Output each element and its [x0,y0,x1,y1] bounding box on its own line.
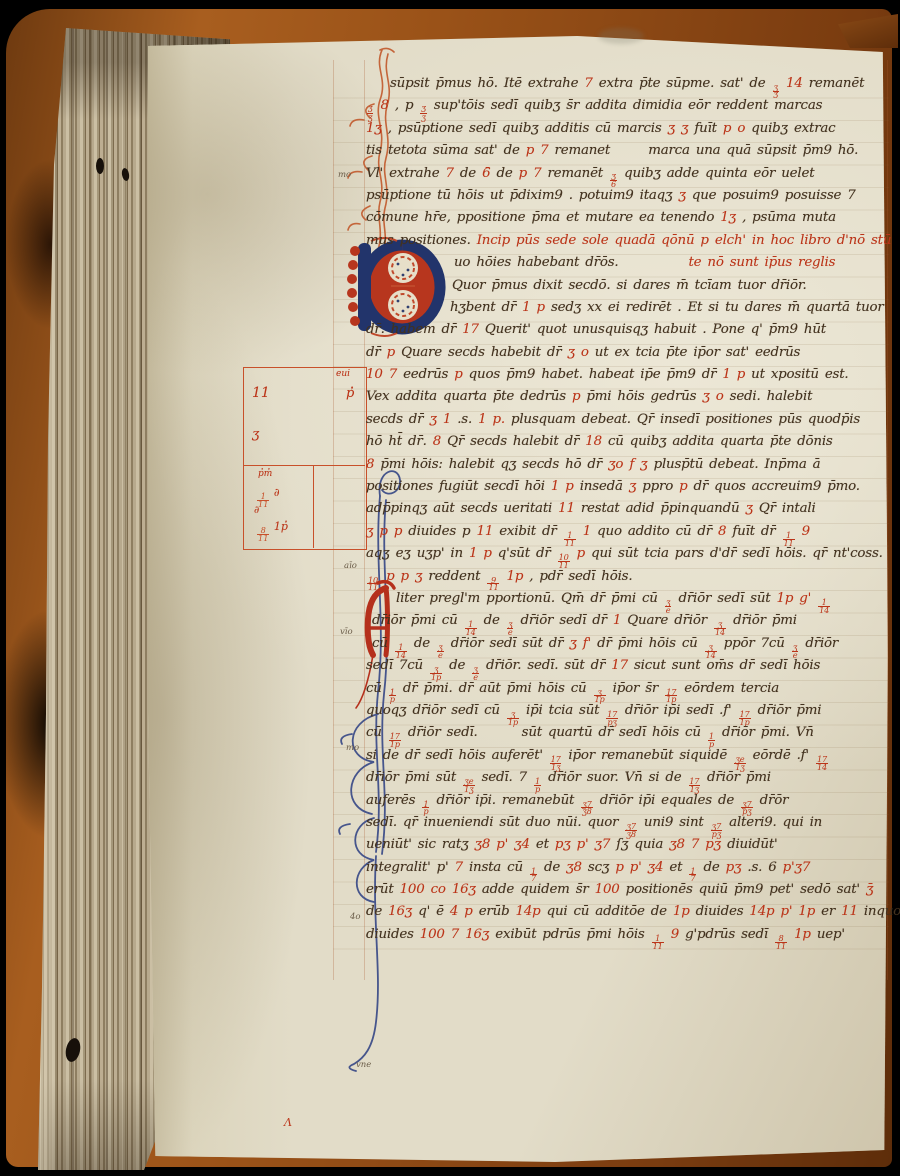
ms-text-segment: 1 p [469,546,492,561]
ms-text-segment: p 7 [526,143,549,158]
ms-text-segment: 111 [564,532,576,547]
ms-text-segment: liter pregl'm pportionū. Qm̄ dr̄ p̄mi cū [396,591,664,606]
ms-text-segment: 100 7 16ʒ [420,927,489,942]
ms-text-segment: ut ex tcia p̄te ip̄or sat' eedrūs [589,345,800,360]
ms-text-segment: de [454,166,482,181]
ms-text-segment: ʒ p p [366,524,402,539]
ms-text-line: Vl' extrahe 7 de 6̄ de p 7 remanēt Ʒ6 qu… [366,166,888,188]
ms-text-segment: p 7 [519,166,542,181]
ms-text-segment: Quare dr̄iōr [621,613,713,628]
ms-text-segment: Quare secds habebit dr̄ [395,345,567,360]
ms-text-segment: ʒe [507,621,514,636]
ms-text-segment: quos p̄m9 habet. habeat ip̄e p̄m9 dr̄ [463,367,723,382]
ms-text-segment: de [697,860,725,875]
margin-mark: 4o [350,912,361,922]
diagram-label: ∂ [254,505,259,516]
ms-text-line: liter pregl'm pportionū. Qm̄ dr̄ p̄mi cū… [366,591,888,613]
margin-mark: mo [338,170,351,180]
ms-text-segment: 1p [422,801,429,816]
ms-text-line: secds dr̄ ʒ 1 .s. 1 p. plusquam debeat. … [366,412,888,434]
ms-text-segment: dr̄ [366,345,387,360]
ms-text-segment: Ʒʒ [420,106,426,121]
ms-text-segment: tis tetota sūma sat' de [366,143,526,158]
ms-text-segment: aqʒ eʒ uʒp' in [366,546,469,561]
ms-text-segment: auferēs [366,793,421,808]
ms-text-segment: ʒ [678,188,685,203]
ms-text-segment: cū [366,725,388,740]
text-block: sūpsit p̄mus hō. Itē extrahe 7 extra p̄t… [366,76,888,949]
ms-text-segment: 1 p [551,479,574,494]
ms-text-line: positiones fugiūt secdī hōi 1 p insedā ʒ… [366,479,888,501]
ms-text-segment: remanēt [541,166,609,181]
diagram-label: p̓ [346,386,354,401]
ms-text-segment: p̓ [346,386,354,401]
ms-text-segment: ʒ o [567,345,588,360]
ms-text-line: dr̄iōr p̄mi cū 114 de ʒe dr̄iōr sedī dr̄… [366,613,888,635]
ms-text-segment: 1p [534,778,541,793]
ms-text-segment: 8 [374,98,388,113]
ms-text-segment: positionēs quiū p̄m9 pet' sedō sat' [620,882,866,897]
ms-text-segment: Vl' extrahe [366,166,446,181]
ms-text-segment: ʒ8 p' ʒ4 [475,837,530,852]
ms-text-segment: 114 [395,644,407,659]
ms-text-segment: ʒ7ʒ8 [625,823,636,838]
ms-text-segment: fuīt dr̄ [726,524,781,539]
ms-text-segment: 11 [477,524,494,539]
ms-text-segment: 114 [465,621,477,636]
ms-text-segment: dr̄iōr sedī dr̄ [514,613,612,628]
ms-text-segment: de [443,658,471,673]
ms-text-segment: psūptione tū hōis ut p̄dixim9 . potuim9 … [366,188,678,203]
margin-mark: vne [356,1060,371,1070]
ms-text-segment: 17pʒ [606,711,617,726]
ms-text-segment: dr̄iōr p̄mi. Vn̄ [716,725,814,740]
ms-text-segment: Incip pūs sede sole quadā qōnū p elch' i… [477,233,892,248]
ms-text-segment: de [490,166,518,181]
ms-text-segment: ʒo f ʒ [608,457,647,472]
ms-text-segment: scʒ [582,860,615,875]
ms-text-segment: de [478,613,506,628]
ms-text-segment: 114 [818,599,830,614]
ms-text-segment: 171p [665,689,677,704]
ms-text-segment: ʒ f' [569,636,591,651]
margin-mark: Λ [284,1116,292,1129]
ms-text-segment: ʒ ʒ [668,121,689,136]
ms-text-segment: 111 [652,935,664,950]
ms-text-segment: eōrdē .f' [747,748,815,763]
ms-text-line: mus positiones. Incip pūs sede sole quad… [366,233,888,255]
ms-text-segment: sedī. qr̄ inueniendi sūt duo nūi. quor [366,815,624,830]
ms-text-segment: plusquam debeat. Qr̄ insedī positiones p… [505,412,860,427]
ms-text-line: sedī. qr̄ inueniendi sūt duo nūi. quor ʒ… [366,815,888,837]
ms-text-segment: 1p [673,904,690,919]
ms-text-segment: , psūptione sedī quibʒ additis cū marcis [382,121,668,136]
ms-text-segment: pʒ [726,860,742,875]
ms-text-segment: sūt quartū dr̄ sedī hōis cū [516,725,707,740]
ms-text-segment: uep' [811,927,845,942]
ms-text-segment: sedi. halebit [724,389,813,404]
diagram-label: p̓m̓ [258,469,272,479]
ms-text-segment: te nō sunt ip̄us reglis [688,255,835,270]
ms-text-segment: 1p [788,927,811,942]
ms-text-segment: dr̄ p̄mi. dr̄ aūt p̄mi hōis cū [397,681,593,696]
ms-text-segment: fuīt [688,121,723,136]
ms-text-segment: adde quidem s̄r [476,882,595,897]
ms-text-line: 8 p̄mi hōis: halebit qʒ secds hō dr̄ ʒo … [366,457,888,479]
ms-text-segment: p p' ʒ4 [615,860,663,875]
ms-text-segment: dr̄iōr [799,636,838,651]
margin-mark: aīo [344,561,357,571]
ms-text-segment: 1p [500,569,523,584]
ms-text-segment: 16ʒ [388,904,412,919]
ms-text-line: 1ʒ , psūptione sedī quibʒ additis cū mar… [366,121,888,143]
ms-text-segment: Ʒ6 [610,174,617,189]
ms-text-segment: ʒ14 [714,621,726,636]
ms-text-segment: q' ē [412,904,450,919]
ms-text-segment: que posuim9 posuisse 7 [686,188,856,203]
ms-text-segment: ʒ7pʒ [711,823,722,838]
ms-text-segment: remanet [548,143,616,158]
ms-text-segment: ʒ1p [430,666,442,681]
ms-text-line: 1011 p p ʒ reddent 911 1p , pdr̄ sedī hō… [366,569,888,591]
ms-text-line: cū 1p dr̄ p̄mi. dr̄ aūt p̄mi hōis cū ʒ1p… [366,681,888,703]
ms-text-segment: 1 p [722,367,745,382]
ms-text-segment: 1 p. [478,412,505,427]
ms-text-segment: cū quibʒ addita quarta p̄te dōnis [602,434,833,449]
ms-text-line: Ʒʒ 8 , p Ʒʒ sup'tōis sedī quibʒ s̄r addi… [366,98,888,120]
ms-text-segment: 1p̓ [270,520,288,533]
ms-text-segment: q'sūt dr̄ [492,546,557,561]
ms-text-segment: 17 [689,868,696,883]
ms-text-segment: dr̄iōr ip̄i sedī .f' [619,703,738,718]
ms-text-segment: pʒ p' ʒ7 [555,837,610,852]
ms-text-segment: 171ʒ [689,778,700,793]
ms-text-segment: Querit' quot unusquisqʒ habuit . Pone q'… [479,322,826,337]
ms-text-segment: 9 [665,927,679,942]
ms-text-segment: 171ʒ [550,756,561,771]
ms-text-line: cū 171p dr̄iōr sedī. sūt quartū dr̄ sedī… [366,725,888,747]
margin-mark: mo [346,743,359,753]
ms-text-segment: eedrūs [397,367,454,382]
diagram-label: ʒ [252,427,259,442]
ms-text-segment: 7 [455,860,463,875]
ms-text-segment: insta cū [463,860,529,875]
ms-text-segment: hʒbent dr̄ [450,300,522,315]
ms-text-segment: adp̄pinqʒ aūt secds ueritati [366,501,558,516]
ms-text-segment: ∂ [254,505,259,516]
ms-text-segment: ip̄i tcia sūt [520,703,605,718]
ms-text-segment: 1 p [522,300,545,315]
ms-text-segment: 911 [487,577,499,592]
ms-text-segment: ʒ8 [566,860,582,875]
ms-text-segment: de [366,904,388,919]
ms-text-segment: quo addito cū dr̄ [591,524,718,539]
ms-text-segment: hō ht̄ dr̄. [366,434,433,449]
ms-text-segment: positiones fugiūt secdī hōi [366,479,551,494]
ms-text-line: si de dr̄ sedī hōis auferēt' 171ʒ ip̄or … [366,748,888,770]
ms-text-segment: insedā [574,479,629,494]
ms-text-segment: p o [723,121,745,136]
ms-text-segment: marca una quā sūpsit p̄m9 hō. [642,143,858,158]
ms-text-segment: 11 [841,904,858,919]
ms-text-segment: dr̄ōr [754,793,789,808]
margin-mark: vīo [340,627,353,637]
ms-text-segment: 1714 [816,756,828,771]
ms-text-segment: quibʒ extrac [745,121,835,136]
ms-text-segment: integralit' p' [366,860,455,875]
ms-text-segment: plusp̄tū debeat. Inp̄ma ā [648,457,821,472]
ms-text-segment: ʒ [252,427,259,442]
ms-text-segment: 18 [585,434,602,449]
ms-text-segment: Qr̄ intali [753,501,816,516]
ms-text-segment: p'ʒ7 [783,860,811,875]
ms-text-segment: ʒ̄ [866,882,873,897]
ms-text-segment: 7 [584,76,592,91]
ms-text-segment: dr̄ p̄mi hōis cū [591,636,704,651]
ms-text-segment: diuidūt' [721,837,777,852]
ms-text-segment: 14 [780,76,803,91]
ms-text-segment: inquo [858,904,900,919]
ms-text-segment: dr̄ quos accreuim9 p̄mo. [688,479,860,494]
ms-text-segment: dr̄iōr p̄mi [752,703,822,718]
ms-text-segment: 100 [595,882,620,897]
ink-stain [96,158,104,174]
ms-text-segment: dr̄iōr. sedī. sūt dr̄ [480,658,611,673]
ms-text-segment: ut xpositū est. [745,367,848,382]
ms-text-segment: , p [389,98,420,113]
ms-text-segment: 4 p [450,904,473,919]
ms-text-segment: exibūt pdrūs p̄mi hōis [489,927,650,942]
ms-text-segment: dr̄iōr p̄mi [701,770,771,785]
diagram-label: 811 1p̓ [256,520,288,542]
ms-text-segment: ∂ [270,486,279,499]
ms-text-segment: ip̄or remanebūt siquidē [562,748,733,763]
ms-text-segment: secds dr̄ [366,412,429,427]
ms-text-segment: ueniūt' sic ratʒ [366,837,475,852]
ms-text-segment: ʒ o [702,389,723,404]
ms-text-segment: ʒ1p [594,689,606,704]
ms-text-segment: diuides [366,927,420,942]
ms-text-segment: 9 [796,524,810,539]
ms-text-segment: quoqʒ dr̄iōr sedī cū [366,703,506,718]
ms-text-segment: reddent [422,569,486,584]
ms-text-segment: cōmune hr̄e, ppositione p̄ma et mutare e… [366,210,720,225]
ms-text-segment: et [663,860,688,875]
ms-text-line: Quor p̄mus dixit secdō. si dares m̄ tcīa… [366,278,888,300]
ms-text-line: dr̄ p Quare secds habebit dr̄ ʒ o ut ex … [366,345,888,367]
ms-text-line: diuides 100 7 16ʒ exibūt pdrūs p̄mi hōis… [366,927,888,949]
ms-text-segment: dr̄iōr sedī sūt dr̄ [445,636,570,651]
ms-text-segment: 1ʒ [366,121,382,136]
ms-text-line: hō ht̄ dr̄. 8 Qr̄ secds halebit dr̄ 18 c… [366,434,888,456]
ms-text-line: integralit' p' 7 insta cū 17 de ʒ8 scʒ p… [366,860,888,882]
ms-text-segment: qui cū additōe de [541,904,673,919]
ms-text-segment: cū [372,636,394,651]
ms-text-segment: sedī. 7 [476,770,533,785]
ms-text-line: 10 7 eedrūs p quos p̄m9 habet. habeat ip… [366,367,888,389]
ms-text-segment: ʒe [792,644,799,659]
ms-text-segment: 1ʒ [720,210,736,225]
ms-text-line: quoqʒ dr̄iōr sedī cū ʒ1p ip̄i tcia sūt 1… [366,703,888,725]
ms-text-segment: 11 [558,501,575,516]
ms-text-segment: 1 [613,613,621,628]
ms-text-segment: ʒ 1 [429,412,451,427]
ms-text-line: tis tetota sūma sat' de p 7 remanet marc… [366,143,888,165]
ms-text-segment: erūt [366,882,400,897]
ms-text-segment: dr̄iōr p̄mi cū [372,613,464,628]
ms-text-segment: restat adid p̄pinquandū [575,501,746,516]
ms-text-segment: Qr̄ secds halebit dr̄ [441,434,585,449]
ms-text-segment: g'pdrūs sedī [679,927,774,942]
margin-diagram-cell-line [313,465,314,548]
diagram-label: 111 ∂ [256,486,280,508]
ms-text-segment: cū [366,681,388,696]
ms-text-segment: dr̄iōr ip̄i equales de [594,793,740,808]
ms-text-segment: p̄mi hōis gedrūs [580,389,702,404]
manuscript-photo: eui11p̓ʒp̓m̓111 ∂∂811 1p̓ [0,0,900,1176]
ms-text-segment: 171p [389,733,401,748]
ms-text-line: dr̄. habem dr̄ 17 Querit' quot unusquisq… [366,322,888,344]
ms-text-segment: 1011 [558,554,570,569]
ms-text-segment: ppro [636,479,679,494]
ms-text-segment: ʒ8 7 pʒ [669,837,721,852]
ms-text-segment: sup'tōis sedī quibʒ s̄r addita dimidia e… [428,98,822,113]
ms-text-segment: ip̄or s̄r [607,681,665,696]
ms-text-segment: erūb [473,904,516,919]
ms-text-segment: extra p̄te sūpme. sat' de [593,76,772,91]
ms-text-segment: ʒƷ [773,84,779,99]
ms-text-segment: sedʒ xx ei redirēt . Et si tu dares m̄ q… [545,300,884,315]
ms-text-segment: p [454,367,462,382]
diagram-label: eui [336,369,350,379]
ms-text-segment: 811 [257,527,269,542]
ms-text-segment: sedī 7cū [366,658,429,673]
ms-text-segment: ʒe [665,599,672,614]
ms-text-line: dr̄iōr p̄mi sūt ʒe1ʒ sedī. 7 1p dr̄iōr s… [366,770,888,792]
ms-text-line: cōmune hr̄e, ppositione p̄ma et mutare e… [366,210,888,232]
ms-text-segment: 11 [252,385,270,401]
ms-text-line: uo hōies habebant dr̄ōs.te nō sunt ip̄us… [366,255,888,277]
ms-text-segment: p̄mi hōis: halebit qʒ secds hō dr̄ [374,457,608,472]
ms-text-segment: sicut sunt om̄s dr̄ sedī hōis [628,658,820,673]
ms-text-segment: 10 7 [366,367,397,382]
ms-text-segment: et [530,837,555,852]
ms-text-segment: diuides [690,904,750,919]
ms-text-segment: .s. [451,412,478,427]
ms-text-line: Vex addita quarta p̄te dedrūs p p̄mi hōi… [366,389,888,411]
ms-text-segment: si de dr̄ sedī hōis auferēt' [366,748,549,763]
ms-text-segment: ʒe [472,666,479,681]
ms-text-segment: dr̄iōr ip̄i. remanebūt [430,793,580,808]
ms-text-segment: 14p [516,904,541,919]
ms-text-segment: 1 [577,524,591,539]
ms-text-line: de 16ʒ q' ē 4 p erūb 14p qui cū additōe … [366,904,888,926]
ms-text-line: auferēs 1p dr̄iōr ip̄i. remanebūt ʒ7ʒ8 d… [366,793,888,815]
ms-text-segment: 17 [530,868,537,883]
ms-text-segment: dr̄iōr sedī. [402,725,478,740]
ms-text-segment: p [387,345,395,360]
ms-text-segment: de [408,636,436,651]
ms-text-segment: 14p p' 1p [749,904,815,919]
ms-text-segment: ʒe1ʒ [734,756,745,771]
ms-text-segment: diuides p [402,524,476,539]
ms-text-segment: quibʒ adde quinta eōr uelet [618,166,814,181]
ms-text-segment: 8 [433,434,441,449]
ms-text-segment: eōrdem tercia [678,681,779,696]
ms-text-segment: dr̄iōr suor. Vn̄ si de [542,770,688,785]
ms-text-line: erūt 100 co 16ʒ adde quidem s̄r 100 posi… [366,882,888,904]
ms-text-segment: ʒe1ʒ [463,778,474,793]
ms-text-segment: qui sūt tcia pars d'dr̄ sedī hōis. qr̄ n… [585,546,883,561]
ms-text-segment: 1011 [367,577,379,592]
ms-text-line: sūpsit p̄mus hō. Itē extrahe 7 extra p̄t… [366,76,888,98]
ms-text-segment: de [538,860,566,875]
ms-text-segment: exibit dr̄ [493,524,563,539]
diagram-label: 11 [252,385,270,401]
ms-text-segment: , pdr̄ sedī hōis. [523,569,632,584]
ms-text-segment: sūpsit p̄mus hō. Itē extrahe [390,76,584,91]
ms-text-segment: 1p [708,733,715,748]
ms-text-segment: p [679,479,687,494]
ms-text-segment: p p ʒ [380,569,422,584]
ms-text-line: adp̄pinqʒ aūt secds ueritati 11 restat a… [366,501,888,523]
ms-text-segment: ʒ [745,501,752,516]
ms-text-segment: 1p g' [777,591,818,606]
ms-text-segment: Ʒʒ [367,106,373,121]
bleedthrough-smudge [598,28,644,44]
ms-text-segment: 100 co 16ʒ [400,882,476,897]
ms-text-segment: .s. 6 [741,860,782,875]
ms-text-segment: uo hōies habebant dr̄ōs. [454,255,618,270]
ms-text-line: sedī 7cū ʒ1p de ʒe dr̄iōr. sedī. sūt dr̄… [366,658,888,680]
ms-text-segment: ʒ7pʒ [741,801,752,816]
ms-text-line: aqʒ eʒ uʒp' in 1 p q'sūt dr̄ 1011 p qui … [366,546,888,568]
ms-text-segment: dr̄iōr p̄mi sūt [366,770,462,785]
ms-text-segment: ʒe [437,644,444,659]
ms-text-segment: p̓m̓ [258,469,272,479]
ms-text-segment: ʒ1p [507,711,519,726]
ms-text-segment: dr̄. habem dr̄ [366,322,462,337]
ms-text-segment: ſʒ quia [610,837,669,852]
ms-text-line: ueniūt' sic ratʒ ʒ8 p' ʒ4 et pʒ p' ʒ7 ſʒ… [366,837,888,859]
ms-text-segment: dr̄iōr sedī sūt [672,591,776,606]
ms-text-segment: 811 [775,935,787,950]
ms-text-line: hʒbent dr̄ 1 p sedʒ xx ei redirēt . Et s… [366,300,888,322]
ms-text-segment: 17 [462,322,479,337]
ms-text-segment: alteri9. qui in [723,815,822,830]
ms-text-segment: 171p [739,711,751,726]
ms-text-segment: ʒ7ʒ8 [581,801,592,816]
ms-text-segment: eui [336,369,350,379]
ms-text-segment: Vex addita quarta p̄te dedrūs [366,389,572,404]
ms-text-segment: dr̄iōr p̄mi [727,613,797,628]
ms-text-line: cū 114 de ʒe dr̄iōr sedī sūt dr̄ ʒ f' dr… [366,636,888,658]
ms-text-segment: ʒ14 [705,644,717,659]
ms-text-line: ʒ p p diuides p 11 exibit dr̄ 111 1 quo … [366,524,888,546]
ms-text-segment: 7 [446,166,454,181]
ms-text-segment: uni9 sint [638,815,710,830]
ms-text-segment: er [815,904,841,919]
ms-text-segment: 111 [783,532,795,547]
ms-text-segment: 1p [389,689,396,704]
ms-text-segment: 17 [611,658,628,673]
ms-text-segment: remanēt [803,76,865,91]
ms-text-line: psūptione tū hōis ut p̄dixim9 . potuim9 … [366,188,888,210]
ms-text-segment: mus positiones. [366,233,477,248]
ms-text-segment: , psūma muta [736,210,836,225]
ms-text-segment: ppōr 7cū [718,636,791,651]
ms-text-segment: p [571,546,585,561]
